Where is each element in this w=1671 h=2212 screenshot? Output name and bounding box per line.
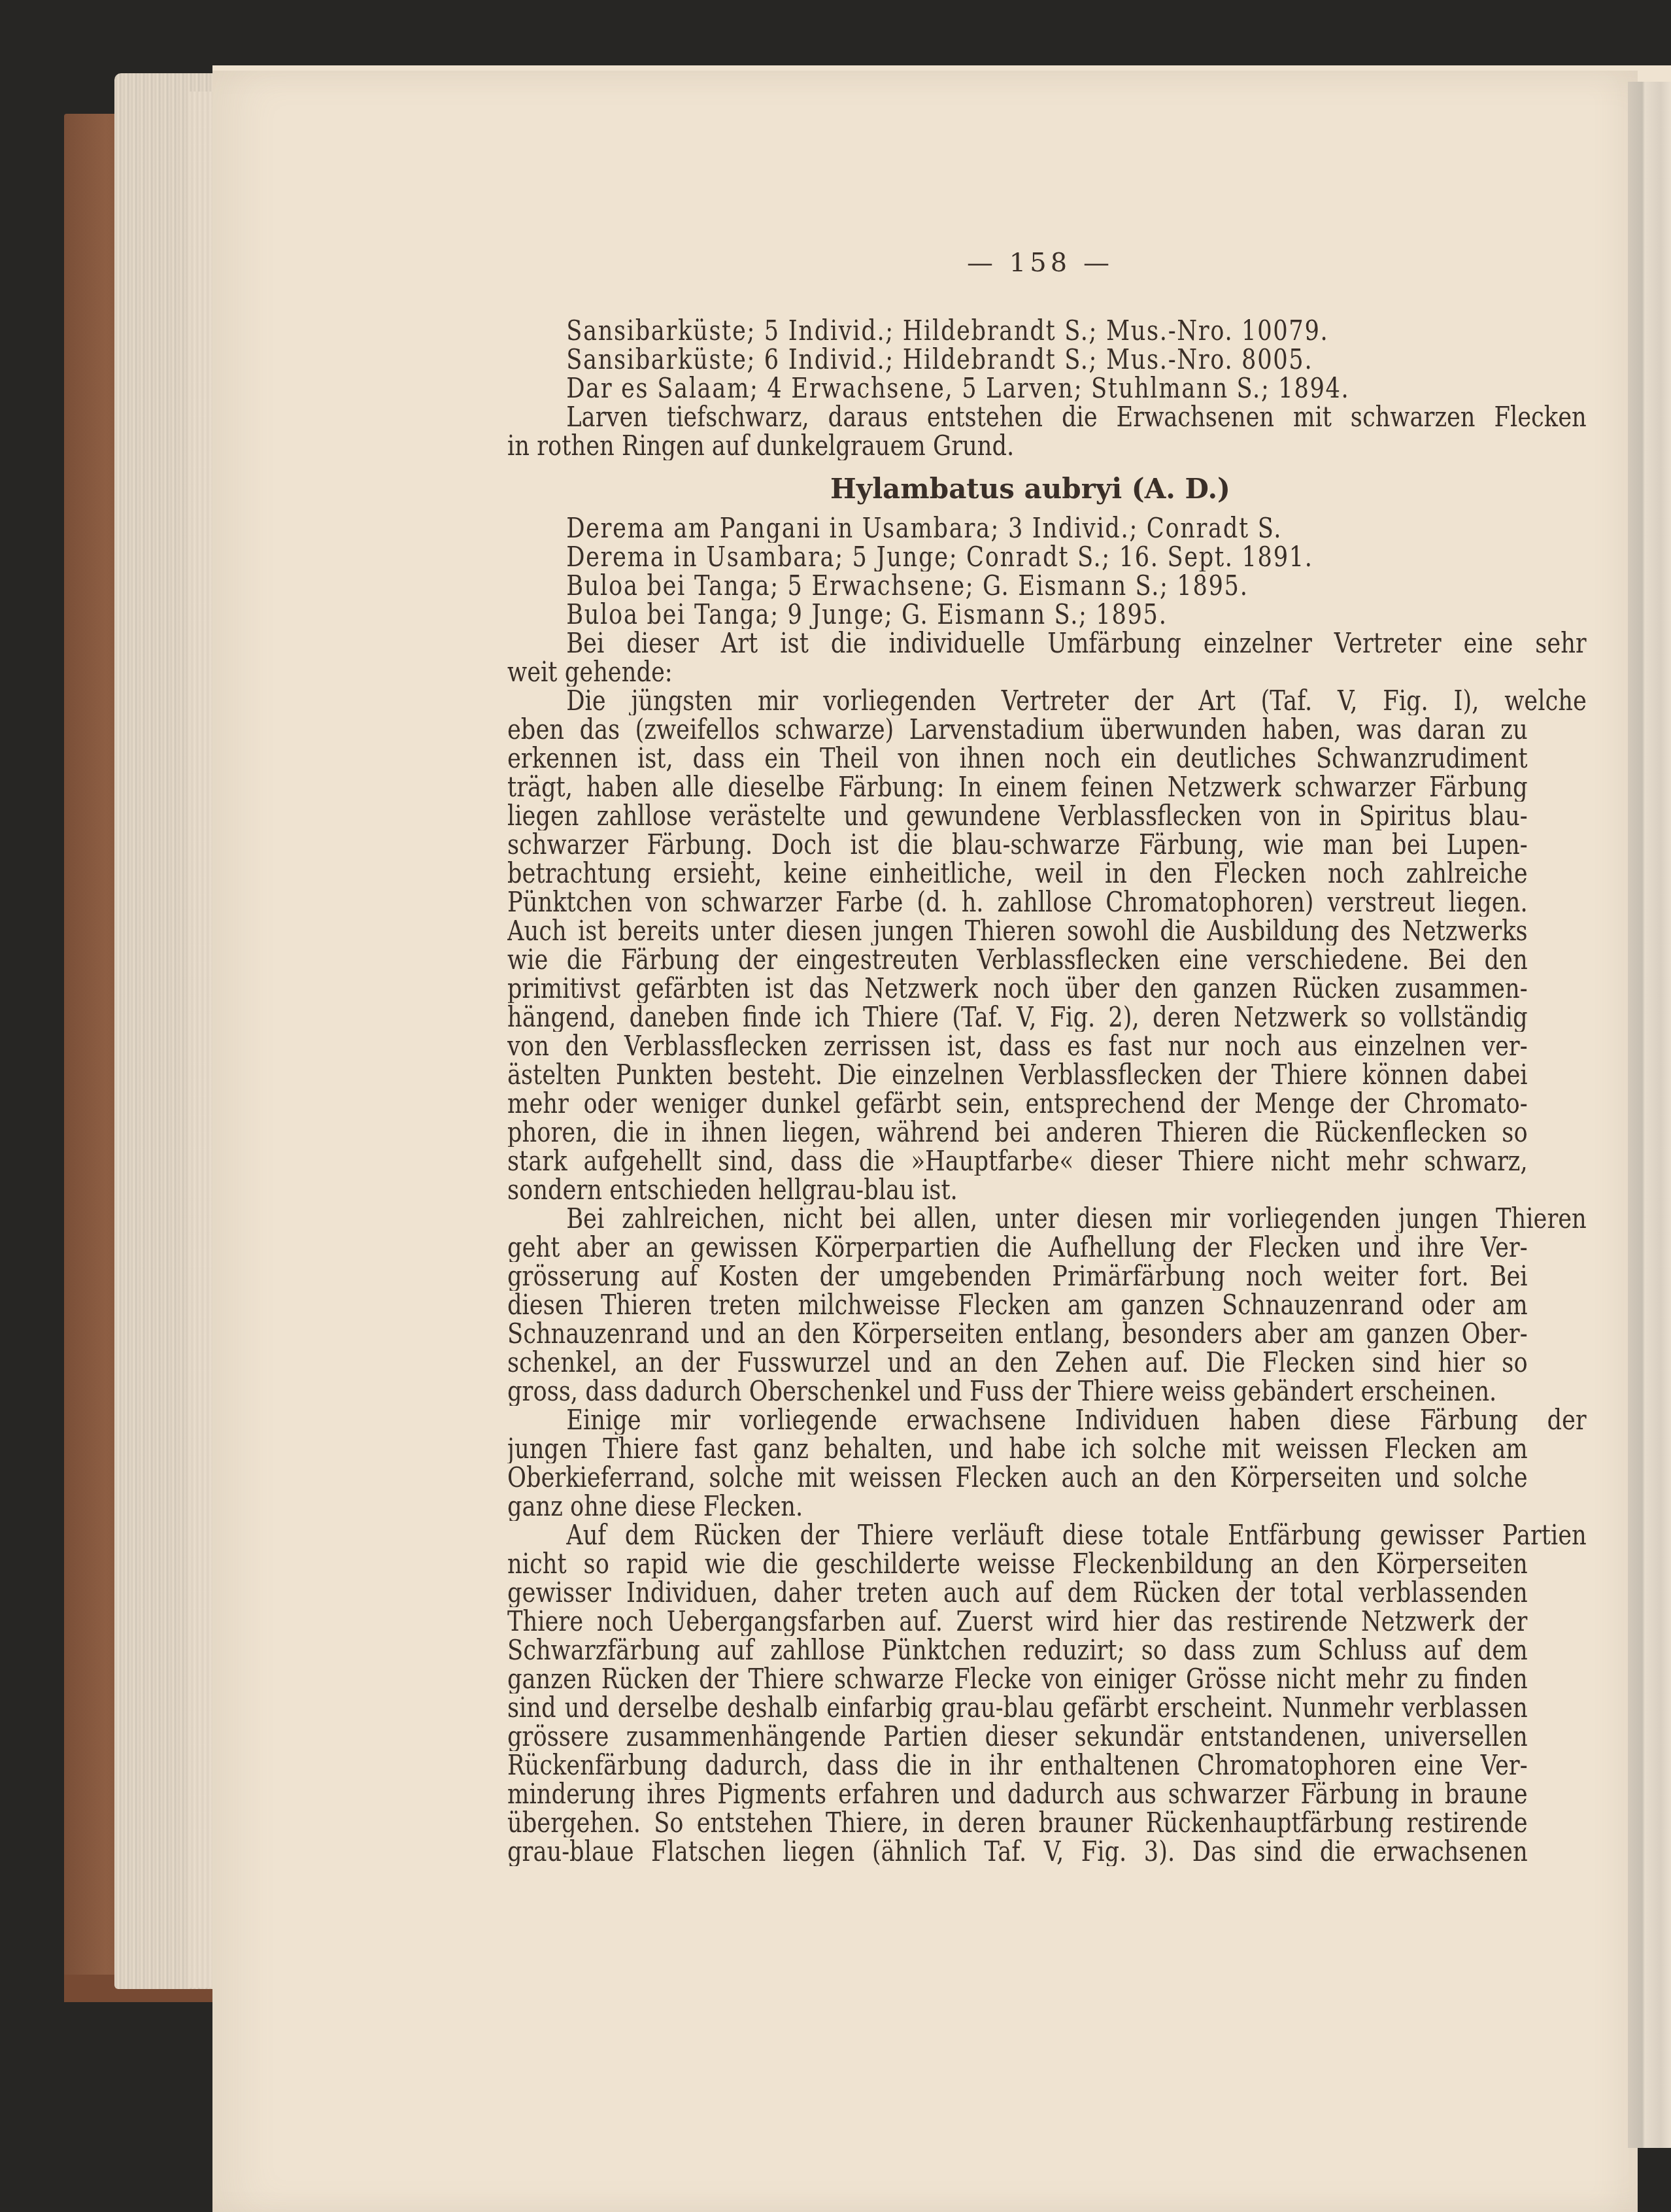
- paragraph-4: Einige mir vorliegende erwachsene Indivi…: [507, 1406, 1527, 1521]
- text-line: Schwarzfärbung auf zahllose Pünktchen re…: [507, 1636, 1528, 1665]
- text-line: eben das (zweifellos schwarze) Larvensta…: [507, 715, 1528, 744]
- text-line: ganzen Rücken der Thiere schwarze Flecke…: [507, 1665, 1528, 1693]
- paragraph-2: Die jüngsten mir vorliegenden Vertreter …: [507, 687, 1527, 1204]
- text-line: ganz ohne diese Flecken.: [507, 1492, 1528, 1521]
- text-line: Oberkieferrand, solche mit weissen Fleck…: [507, 1463, 1528, 1492]
- text-line: übergehen. So entstehen Thiere, in deren…: [507, 1809, 1528, 1837]
- text-line: minderung ihres Pigments erfahren und da…: [507, 1780, 1528, 1809]
- paragraph-5: Auf dem Rücken der Thiere verläuft diese…: [507, 1521, 1527, 1866]
- text-line: Larven tiefschwarz, daraus entstehen die…: [507, 403, 1587, 432]
- specimen-entry: Sansibarküste; 6 Individ.; Hildebrandt S…: [507, 345, 1587, 374]
- paragraph-1: Bei dieser Art ist die individuelle Umfä…: [507, 629, 1527, 687]
- text-line: in rothen Ringen auf dunkelgrauem Grund.: [507, 432, 1528, 460]
- text-line: stark aufgehellt sind, dass die »Hauptfa…: [507, 1147, 1528, 1176]
- text-line: Auf dem Rücken der Thiere verläuft diese…: [507, 1521, 1587, 1550]
- specimen-entry: Derema am Pangani in Usambara; 3 Individ…: [507, 514, 1587, 543]
- text-line: Schnauzenrand und an den Körperseiten en…: [507, 1319, 1528, 1348]
- text-line: Thiere noch Uebergangsfarben auf. Zuerst…: [507, 1607, 1528, 1636]
- page-stack-inner-edge: [190, 92, 216, 1988]
- text-line: Bei dieser Art ist die individuelle Umfä…: [507, 629, 1587, 658]
- text-line: erkennen ist, dass ein Theil von ihnen n…: [507, 744, 1528, 773]
- text-line: schenkel, an der Fusswurzel und an den Z…: [507, 1348, 1528, 1377]
- paragraph-3: Bei zahlreichen, nicht bei allen, unter …: [507, 1204, 1527, 1406]
- text-line: weit gehende:: [507, 658, 1528, 687]
- text-line: mehr oder weniger dunkel gefärbt sein, e…: [507, 1089, 1528, 1118]
- text-line: gewisser Individuen, daher treten auch a…: [507, 1578, 1528, 1607]
- specimen-entry: Buloa bei Tanga; 9 Junge; G. Eismann S.;…: [507, 600, 1587, 629]
- species-heading: Hylambatus aubryi (A. D.): [507, 475, 1527, 503]
- text-line: nicht so rapid wie die geschilderte weis…: [507, 1550, 1528, 1578]
- text-line: schwarzer Färbung. Doch ist die blau-sch…: [507, 830, 1528, 859]
- text-line: betrachtung ersieht, keine einheitliche,…: [507, 859, 1528, 888]
- text-line: sondern entschieden hellgrau-blau ist.: [507, 1176, 1528, 1204]
- text-line: Einige mir vorliegende erwachsene Indivi…: [507, 1406, 1587, 1435]
- text-line: primitivst gefärbten ist das Netzwerk no…: [507, 974, 1528, 1003]
- page-text: — 158 — Sansibarküste; 5 Individ.; Hilde…: [507, 248, 1527, 1866]
- text-line: grössere zusammenhängende Partien dieser…: [507, 1722, 1528, 1751]
- text-line: hängend, daneben finde ich Thiere (Taf. …: [507, 1003, 1528, 1032]
- facing-page-gutter: [1628, 82, 1671, 2148]
- text-line: liegen zahllose verästelte und gewundene…: [507, 802, 1528, 830]
- text-line: geht aber an gewissen Körperpartien die …: [507, 1233, 1528, 1262]
- text-line: von den Verblassflecken zerrissen ist, d…: [507, 1032, 1528, 1061]
- text-line: sind und derselbe deshalb einfarbig grau…: [507, 1693, 1528, 1722]
- text-line: Auch ist bereits unter diesen jungen Thi…: [507, 917, 1528, 945]
- text-line: phoren, die in ihnen liegen, während bei…: [507, 1118, 1528, 1147]
- text-line: wie die Färbung der eingestreuten Verbla…: [507, 945, 1528, 974]
- text-line: Rückenfärbung dadurch, dass die in ihr e…: [507, 1751, 1528, 1780]
- specimen-entry: Buloa bei Tanga; 5 Erwachsene; G. Eisman…: [507, 571, 1587, 600]
- text-line: Die jüngsten mir vorliegenden Vertreter …: [507, 687, 1587, 715]
- intro-entries: Sansibarküste; 5 Individ.; Hildebrandt S…: [507, 316, 1527, 403]
- page-number: — 158 —: [507, 248, 1527, 277]
- specimen-entry: Dar es Salaam; 4 Erwachsene, 5 Larven; S…: [507, 374, 1587, 403]
- text-line: grau-blaue Flatschen liegen (ähnlich Taf…: [507, 1837, 1528, 1866]
- text-line: Bei zahlreichen, nicht bei allen, unter …: [507, 1204, 1587, 1233]
- text-line: diesen Thieren treten milchweisse Flecke…: [507, 1291, 1528, 1319]
- species-entries: Derema am Pangani in Usambara; 3 Individ…: [507, 514, 1527, 629]
- text-line: ästelten Punkten besteht. Die einzelnen …: [507, 1061, 1528, 1089]
- specimen-entry: Sansibarküste; 5 Individ.; Hildebrandt S…: [507, 316, 1587, 345]
- text-line: Pünktchen von schwarzer Farbe (d. h. zah…: [507, 888, 1528, 917]
- text-line: trägt, haben alle dieselbe Färbung: In e…: [507, 773, 1528, 802]
- text-line: gross, dass dadurch Oberschenkel und Fus…: [507, 1377, 1528, 1406]
- specimen-entry: Derema in Usambara; 5 Junge; Conradt S.;…: [507, 543, 1587, 571]
- text-line: jungen Thiere fast ganz behalten, und ha…: [507, 1435, 1528, 1463]
- text-line: grösserung auf Kosten der umgebenden Pri…: [507, 1262, 1528, 1291]
- intro-note: Larven tiefschwarz, daraus entstehen die…: [507, 403, 1527, 460]
